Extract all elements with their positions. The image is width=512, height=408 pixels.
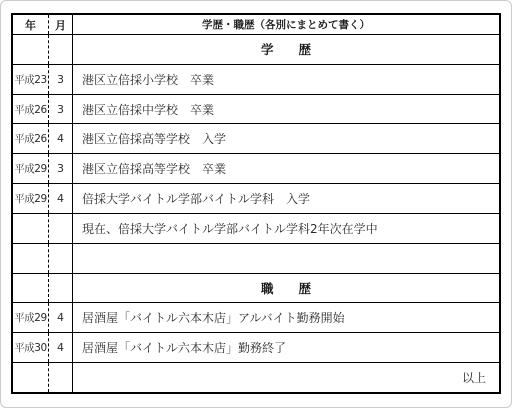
text-cell: 港区立倍採高等学校 卒業 (73, 154, 499, 183)
year-cell: 平成26 (13, 124, 49, 153)
text-cell: 港区立倍採高等学校 入学 (73, 124, 499, 153)
month-cell: 3 (49, 154, 73, 183)
year-cell (13, 35, 49, 64)
closing-row: 以上 (13, 363, 499, 392)
text-cell: 居酒屋「バイトル六本木店」勤務終了 (73, 333, 499, 362)
month-cell: 3 (49, 95, 73, 124)
year-cell: 平成29 (13, 184, 49, 213)
closing-label: 以上 (73, 363, 499, 392)
year-cell: 平成29 (13, 303, 49, 332)
education-work-history-table: 年 月 学歴・職歴（各別にまとめて書く） 学 歴 平成23 3 港区立倍採小学校… (11, 13, 501, 394)
text-cell: 港区立倍採小学校 卒業 (73, 65, 499, 94)
table-row: 現在、倍採大学バイトル学部バイトル学科2年次在学中 (13, 214, 499, 244)
month-cell (49, 214, 73, 243)
text-cell: 倍採大学バイトル学部バイトル学科 入学 (73, 184, 499, 213)
table-row: 平成23 3 港区立倍採小学校 卒業 (13, 65, 499, 95)
month-cell: 4 (49, 124, 73, 153)
month-cell: 3 (49, 65, 73, 94)
month-cell: 4 (49, 184, 73, 213)
year-cell (13, 214, 49, 243)
text-cell: 居酒屋「バイトル六本木店」アルバイト勤務開始 (73, 303, 499, 332)
header-year-label: 年 (13, 15, 49, 34)
text-cell: 現在、倍採大学バイトル学部バイトル学科2年次在学中 (73, 214, 499, 243)
header-title-label: 学歴・職歴（各別にまとめて書く） (73, 15, 499, 34)
empty-row (13, 244, 499, 274)
year-cell: 平成26 (13, 95, 49, 124)
header-month-label: 月 (49, 15, 73, 34)
month-cell (49, 363, 73, 392)
section-title-education: 学 歴 (73, 35, 499, 64)
table-row: 平成26 4 港区立倍採高等学校 入学 (13, 124, 499, 154)
table-row: 平成30 4 居酒屋「バイトル六本木店」勤務終了 (13, 333, 499, 363)
year-cell (13, 363, 49, 392)
year-cell (13, 274, 49, 303)
month-cell: 4 (49, 333, 73, 362)
year-cell: 平成23 (13, 65, 49, 94)
year-cell: 平成29 (13, 154, 49, 183)
month-cell (49, 244, 73, 273)
table-row: 平成29 4 倍採大学バイトル学部バイトル学科 入学 (13, 184, 499, 214)
section-row-work: 職 歴 (13, 274, 499, 304)
table-row: 平成29 4 居酒屋「バイトル六本木店」アルバイト勤務開始 (13, 303, 499, 333)
month-cell (49, 274, 73, 303)
month-cell (49, 35, 73, 64)
month-cell: 4 (49, 303, 73, 332)
section-title-work: 職 歴 (73, 274, 499, 303)
year-cell (13, 244, 49, 273)
text-cell: 港区立倍採中学校 卒業 (73, 95, 499, 124)
text-cell (73, 244, 499, 273)
table-row: 平成29 3 港区立倍採高等学校 卒業 (13, 154, 499, 184)
section-row-education: 学 歴 (13, 35, 499, 65)
year-cell: 平成30 (13, 333, 49, 362)
table-header-row: 年 月 学歴・職歴（各別にまとめて書く） (13, 15, 499, 35)
table-row: 平成26 3 港区立倍採中学校 卒業 (13, 95, 499, 125)
